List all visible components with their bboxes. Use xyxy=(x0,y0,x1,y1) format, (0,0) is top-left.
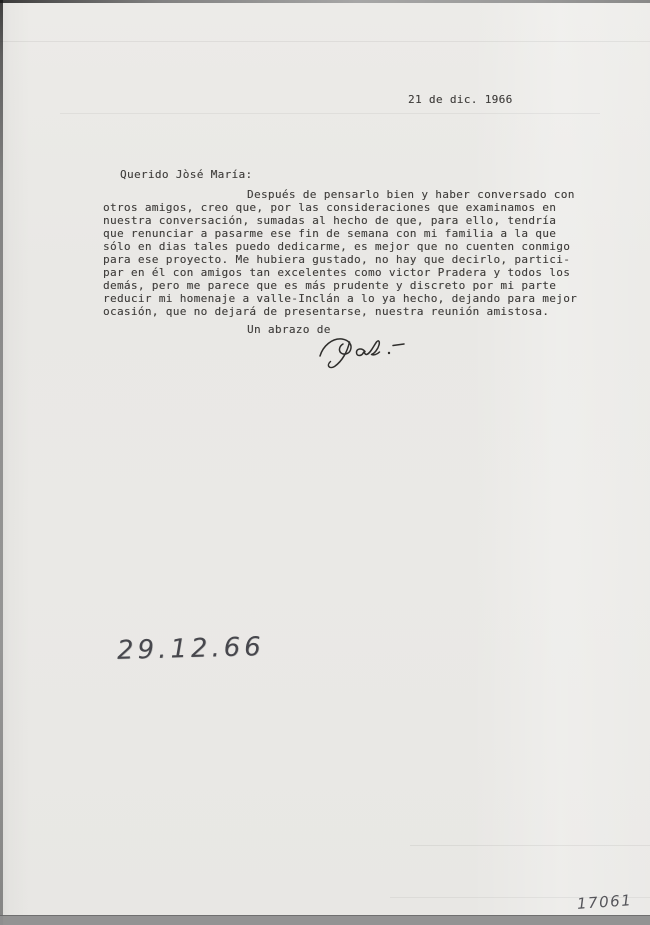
body-line: ocasión, que no dejará de presentarse, n… xyxy=(103,305,577,318)
scan-edge-left xyxy=(0,0,3,925)
body-line: Después de pensarlo bien y haber convers… xyxy=(103,188,577,201)
scan-streak xyxy=(60,113,600,114)
body-line: nuestra conversación, sumadas al hecho d… xyxy=(103,214,577,227)
catalog-number: 17061 xyxy=(576,891,632,913)
scanned-letter-page: 21 de dic. 1966 Querido Jòsé María: Desp… xyxy=(0,0,650,925)
scan-streak xyxy=(410,845,650,846)
handwritten-date: 29.12.66 xyxy=(117,632,266,666)
scan-edge-bottom xyxy=(0,915,650,925)
scan-light-band xyxy=(470,0,650,925)
body-line: sólo en dias tales puedo dedicarme, es m… xyxy=(103,240,577,253)
letter-body: Después de pensarlo bien y haber convers… xyxy=(103,188,577,318)
signature-rubric xyxy=(316,329,428,373)
body-line: demás, pero me parece que es más prudent… xyxy=(103,279,577,292)
body-line: par en él con amigos tan excelentes como… xyxy=(103,266,577,279)
body-line: otros amigos, creo que, por las consider… xyxy=(103,201,577,214)
body-line: para ese proyecto. Me hubiera gustado, n… xyxy=(103,253,577,266)
body-line: que renunciar a pasarme ese fin de seman… xyxy=(103,227,577,240)
letter-salutation: Querido Jòsé María: xyxy=(120,168,252,181)
scan-streak xyxy=(0,41,650,42)
body-line: reducir mi homenaje a valle-Inclán a lo … xyxy=(103,292,577,305)
letter-date: 21 de dic. 1966 xyxy=(408,93,513,106)
scan-edge-top xyxy=(0,0,650,3)
